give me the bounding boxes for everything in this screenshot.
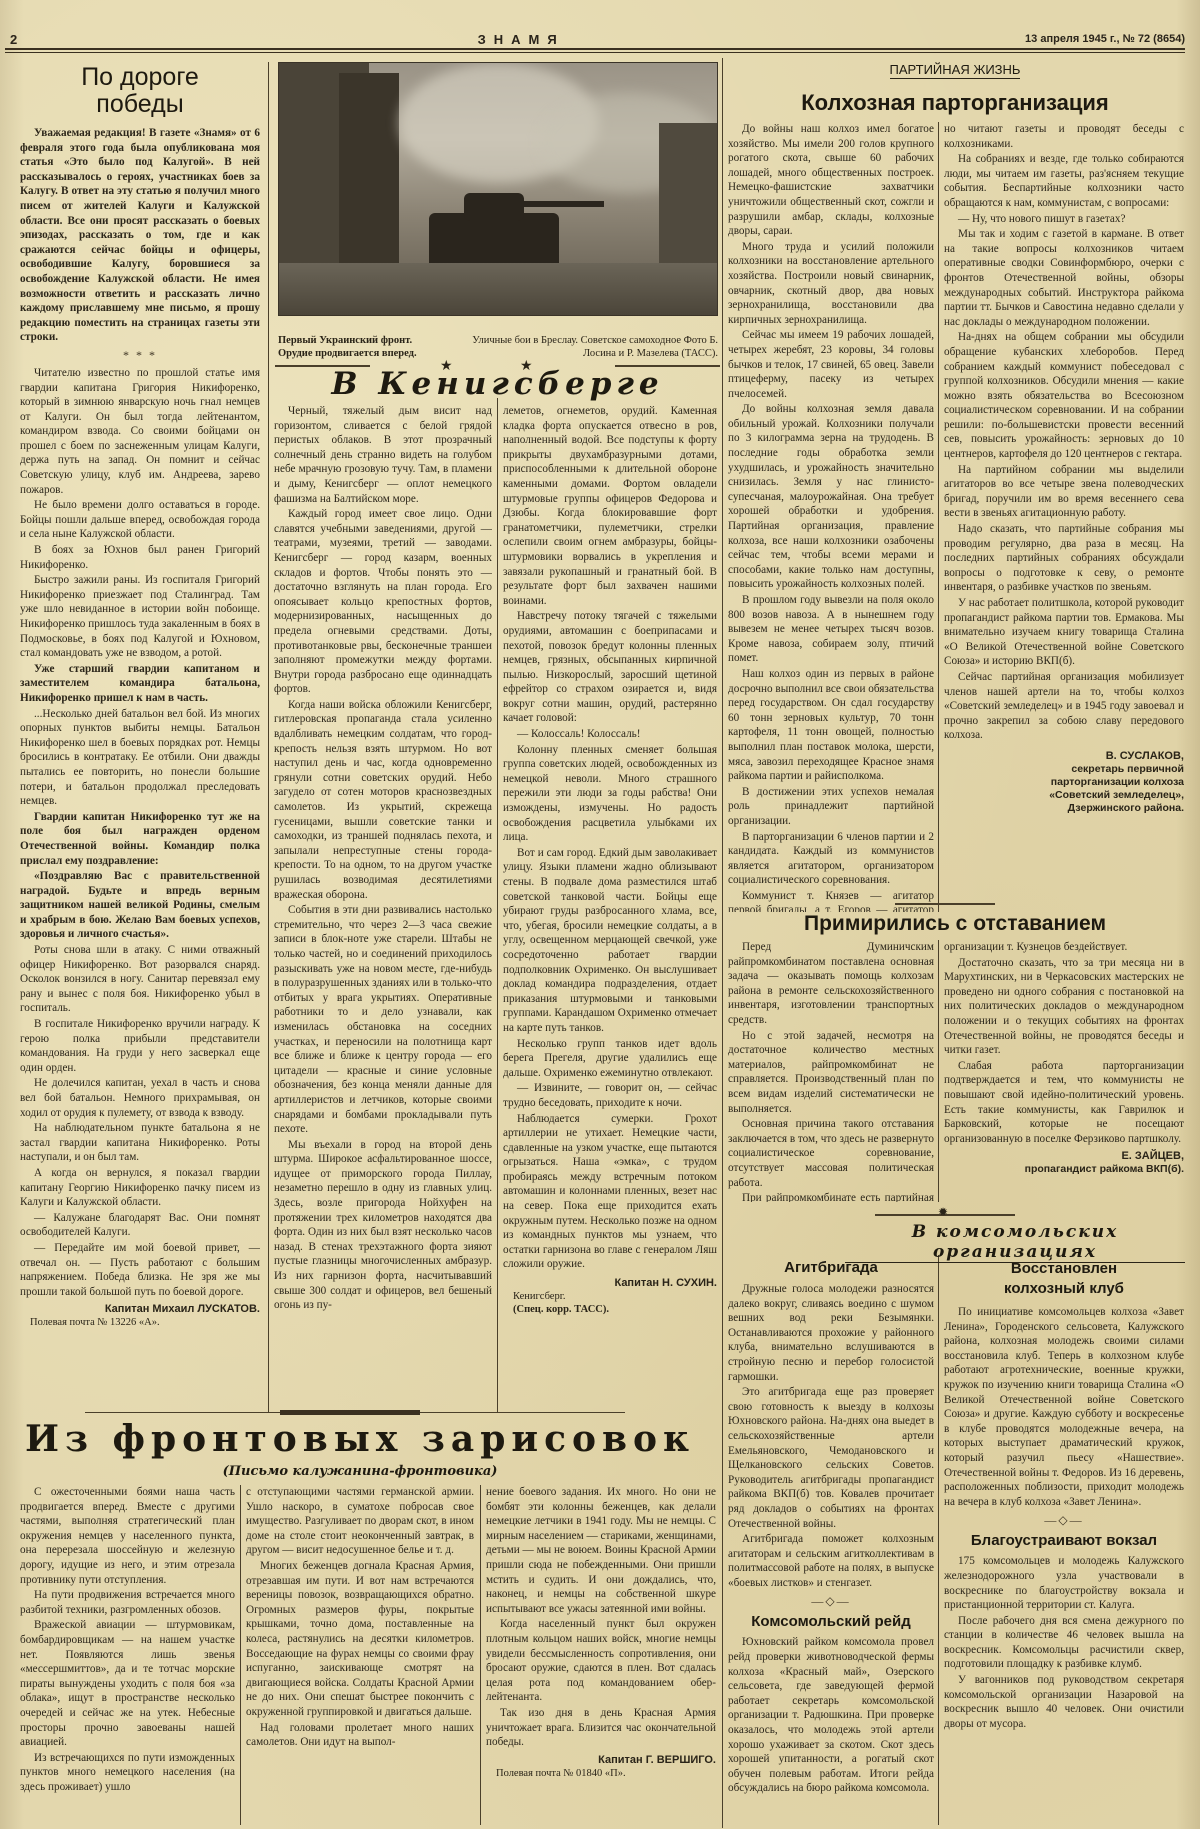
party-col-1: До войны наш колхоз имел богатое хозяйст… (728, 122, 934, 912)
article-title-lagging: Примирились с отставанием (725, 912, 1185, 936)
page-number: 2 (10, 32, 17, 47)
author-signature: Капитан Михаил ЛУСКАТОВ. (20, 1302, 260, 1316)
newspaper-page: 2 ЗНАМЯ 13 апреля 1945 г., № 72 (8654) П… (0, 0, 1200, 1829)
column-divider (938, 1255, 939, 1825)
article-title-party-org: Колхозная парторганизация (725, 90, 1185, 116)
author-signature: В. СУСЛАКОВ, (944, 749, 1184, 763)
article-intro: Уважаемая редакция! В газете «Знамя» от … (20, 126, 260, 345)
photo-caption-left: Первый Украинский фронт. Орудие продвига… (278, 334, 428, 360)
photo-caption-right: Уличные бои в Бреслау. Советское самоход… (450, 334, 718, 360)
author-signature: Е. ЗАЙЦЕВ, (944, 1149, 1184, 1163)
article-subtitle: (Письмо калужанина-фронтовика) (10, 1464, 710, 1479)
column-divider (497, 398, 498, 1413)
divider (895, 903, 995, 905)
party-col-2: но читают газеты и проводят беседы с кол… (944, 122, 1184, 912)
column-divider (938, 940, 939, 1202)
article-title-konigsberg: В Кенигсберге (275, 366, 720, 402)
column-divider (268, 62, 269, 1412)
issue-date: 13 апреля 1945 г., № 72 (8654) (1025, 33, 1185, 45)
column-divider (722, 58, 723, 1828)
sketches-col-2: с отступающими частями германской армии.… (246, 1485, 474, 1825)
konigsberg-col-1: Черный, тяжелый дым висит над горизонтом… (274, 404, 492, 1414)
sketches-col-1: С ожесточенными боями наша часть продвиг… (20, 1485, 235, 1825)
article-road-to-victory: По дороге победы Уважаемая редакция! В г… (20, 60, 260, 1410)
lagging-col-1: Перед Думиничским райпромкомбинатом пост… (728, 940, 934, 1202)
article-title: Восстановлен колхозный клуб (984, 1259, 1144, 1299)
newspaper-title: ЗНАМЯ (478, 32, 565, 47)
author-signature: Капитан Н. СУХИН. (503, 1276, 717, 1290)
field-post: Полевая почта № 01840 «П». (486, 1767, 716, 1780)
star-icon: ✹ (938, 1205, 948, 1220)
club-article: Восстановлен колхозный клуб По инициатив… (944, 1255, 1184, 1825)
article-body: Читателю известно по прошлой статье имя … (20, 366, 260, 1299)
masthead-rule (5, 48, 1185, 53)
agency: (Спец. корр. ТАСС). (503, 1303, 717, 1316)
field-post: Полевая почта № 13226 «А». (20, 1316, 260, 1329)
article-title: Благоустраивают вокзал (944, 1532, 1184, 1549)
author-signature: Капитан Г. ВЕРШИГО. (486, 1753, 716, 1767)
rubric-party-life: ПАРТИЙНАЯ ЖИЗНЬ (725, 62, 1185, 77)
article-title: Комсомольский рейд (728, 1613, 934, 1630)
column-divider (240, 1485, 241, 1825)
news-photo (278, 62, 718, 316)
article-title-sketches: Из фронтовых зарисовок (10, 1418, 710, 1460)
separator: * * * (20, 348, 260, 363)
konigsberg-col-2: леметов, огнеметов, орудий. Каменная кла… (503, 404, 717, 1414)
column-divider (938, 122, 939, 912)
dateline: Кенигсберг. (503, 1290, 717, 1303)
ornament-divider: —◇— (944, 1513, 1184, 1528)
lagging-col-2: организации т. Кузнецов бездействует. До… (944, 940, 1184, 1202)
article-title: По дороге победы (20, 64, 260, 118)
agitbrigade-article: Агитбригада Дружные голоса молодежи разн… (728, 1255, 934, 1825)
divider (280, 1410, 420, 1415)
sketches-col-3: нение боевого задания. Их много. Но они … (486, 1485, 716, 1825)
column-divider (480, 1485, 481, 1825)
ornament-divider: —◇— (728, 1594, 934, 1609)
article-title: Агитбригада (728, 1259, 934, 1276)
